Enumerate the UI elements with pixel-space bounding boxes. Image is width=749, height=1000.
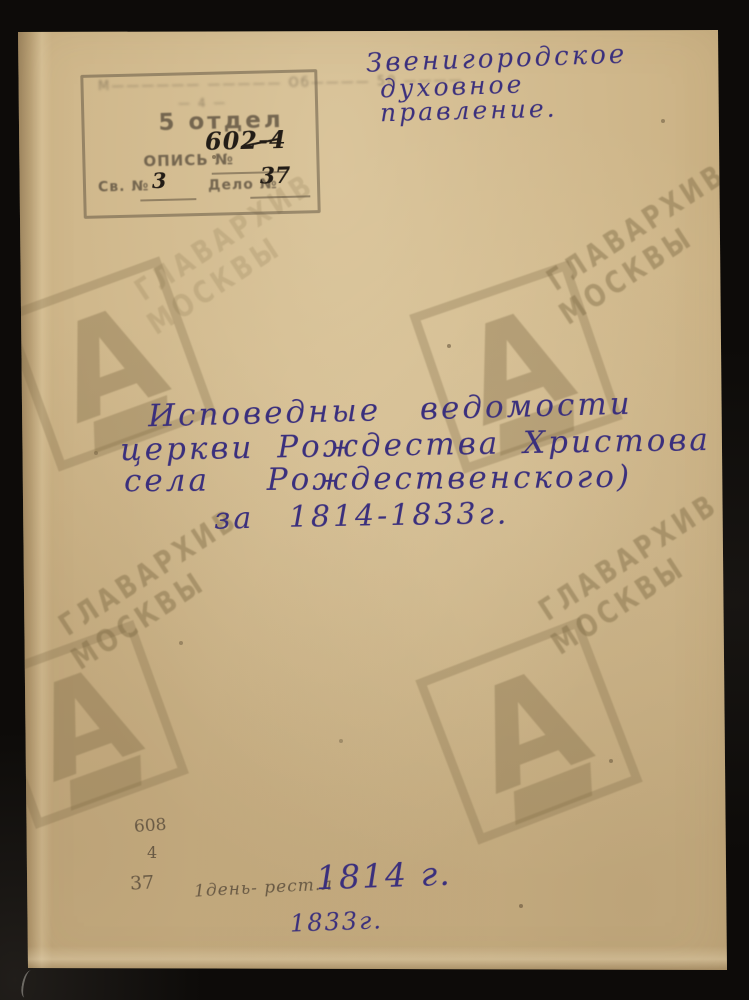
opis-code: 4 (147, 843, 157, 862)
paper-specks (0, 0, 2, 2)
glavarkhiv-text-watermark: ГЛАВАРХИВ МОСКВЫ (541, 132, 749, 328)
year-end-note: 1833г. (290, 906, 384, 937)
sv-number-handwritten: 3 (152, 168, 167, 193)
stamp-underline (250, 195, 310, 198)
scanned-document-photo: А А А А ГЛАВАРХИВ МОСКВЫ ГЛАВАРХИВ МОСКВ… (0, 0, 749, 1000)
stamp-underline (140, 198, 196, 201)
paper-bottom-edge (22, 946, 727, 970)
glavarkhiv-logo-watermark: А (415, 617, 642, 844)
archive-stamp: 5 отдел ОПИСЬ № 602-4 Св. № 3 Дело № 37 (80, 69, 320, 219)
fond-code: 608 (133, 815, 167, 837)
restoration-note: 1день- рест.л (194, 874, 334, 901)
delo-number-handwritten: 37 (259, 163, 290, 190)
delo-code: 37 (129, 871, 154, 894)
title-line4: за 1814-1833г. (214, 496, 510, 536)
folder-cover: А А А А ГЛАВАРХИВ МОСКВЫ ГЛАВАРХИВ МОСКВ… (0, 0, 749, 1000)
title-line3: села Рождественского) (124, 459, 632, 499)
year-start-note: 1814 г. (315, 854, 452, 898)
paper-thread (20, 969, 36, 999)
heading-note-line3: правление. (380, 94, 558, 128)
stamp-sv-label: Св. № (98, 178, 150, 195)
